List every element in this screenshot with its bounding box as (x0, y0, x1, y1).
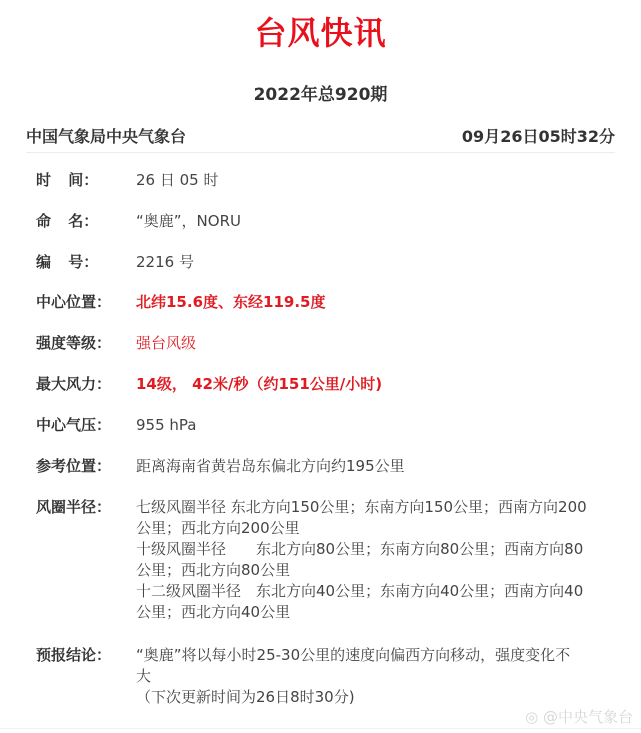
field-value: 北纬15.6度、东经119.5度 (136, 292, 615, 313)
bulletin-title: 台风快讯 (0, 8, 641, 54)
bottom-divider (0, 728, 641, 729)
field-value: “奥鹿”，NORU (136, 211, 615, 232)
field-value: 强台风级 (136, 333, 615, 354)
field-label: 中心位置： (36, 292, 136, 313)
field-value: 26 日 05 时 (136, 170, 615, 191)
field-label: 风圈半径： (36, 497, 136, 518)
org-line: 中国气象局中央气象台 09月26日05时32分 (26, 124, 615, 153)
field-label: 强度等级： (36, 333, 136, 354)
field-label: 预报结论： (36, 645, 136, 666)
organization: 中国气象局中央气象台 (26, 124, 186, 147)
field-value: “奥鹿”将以每小时25-30公里的速度向偏西方向移动，强度变化不 大 （下次更新… (136, 645, 615, 708)
field-value: 14级， 42米/秒（约151公里/小时) (136, 374, 615, 395)
field-label: 参考位置： (36, 456, 136, 477)
field-label: 命名： (36, 211, 136, 232)
field-label: 时间： (36, 170, 136, 191)
issued-time: 09月26日05时32分 (462, 124, 615, 147)
weibo-watermark: ◎ @中央气象台 (525, 706, 633, 727)
issue-number: 2022年总920期 (0, 80, 641, 105)
field-value: 距离海南省黄岩岛东偏北方向约195公里 (136, 456, 615, 477)
field-label: 中心气压： (36, 415, 136, 436)
field-value: 2216 号 (136, 252, 615, 273)
field-label: 编号： (36, 252, 136, 273)
field-value: 955 hPa (136, 415, 615, 436)
field-label: 最大风力： (36, 374, 136, 395)
field-value: 七级风圈半径 东北方向150公里；东南方向150公里；西南方向200 公里；西北… (136, 497, 615, 623)
